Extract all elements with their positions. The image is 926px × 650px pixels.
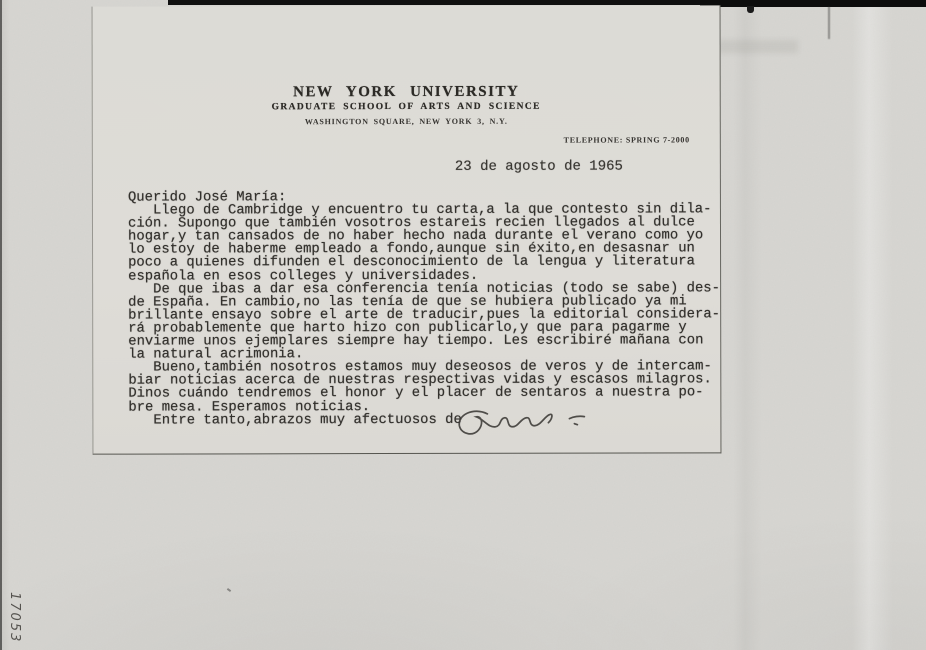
scanner-edge-top-right (700, 0, 926, 7)
archive-number-annotation: 17053 (4, 592, 22, 648)
scan-scratch-line (828, 6, 830, 39)
letterhead-school: GRADUATE SCHOOL OF ARTS AND SCIENCE (93, 101, 720, 112)
scanner-edge-left (0, 0, 2, 650)
letterhead-telephone: TELEPHONE: SPRING 7-2000 (564, 135, 690, 144)
letter-line: Entre tanto,abrazos muy afectuosos de (128, 413, 713, 427)
ink-speck (227, 588, 231, 592)
scanned-letter-page: NEW YORK UNIVERSITY GRADUATE SCHOOL OF A… (0, 0, 926, 650)
handwritten-signature-icon (451, 404, 603, 451)
letter-date: 23 de agosto de 1965 (455, 159, 623, 175)
letter-sheet: NEW YORK UNIVERSITY GRADUATE SCHOOL OF A… (92, 5, 722, 454)
scanner-edge-nub (747, 6, 754, 13)
letterhead-institution: NEW YORK UNIVERSITY (93, 83, 720, 101)
letterhead: NEW YORK UNIVERSITY GRADUATE SCHOOL OF A… (93, 5, 720, 6)
letterhead-address: WASHINGTON SQUARE, NEW YORK 3, N.Y. (93, 116, 720, 126)
letter-body: Querido José María: Llego de Cambridge y… (128, 190, 713, 427)
